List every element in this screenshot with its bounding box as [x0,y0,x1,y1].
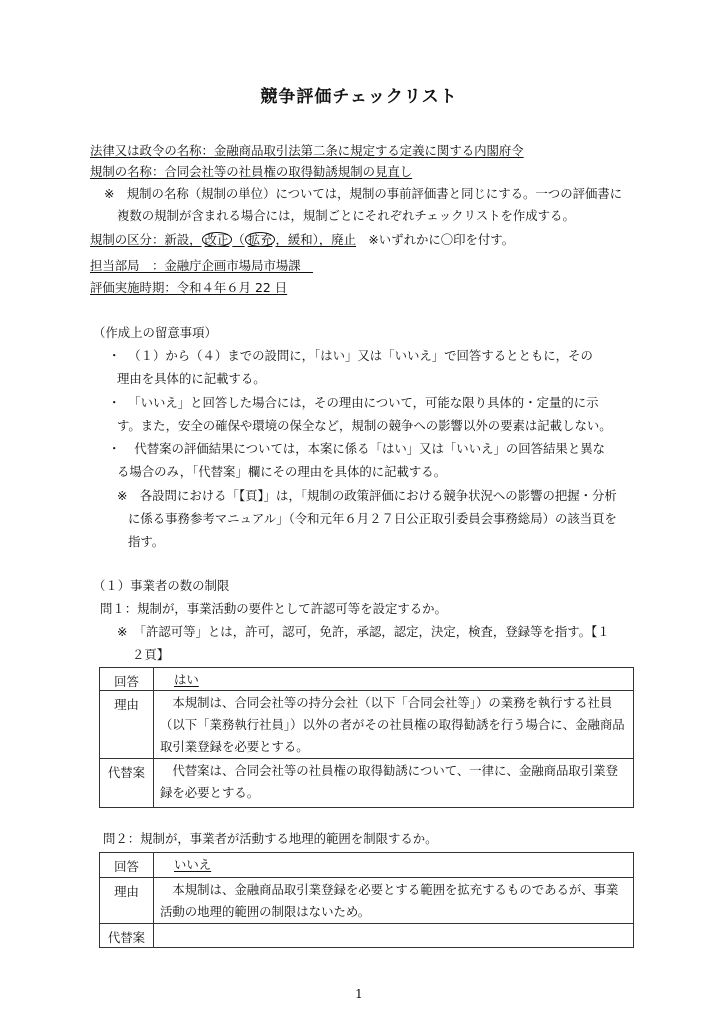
department: 担当部局 ：金融庁企画市場局市場課 [90,258,313,274]
regulation-name-note-line1: ※ 規制の名称（規制の単位）については，規制の事前評価書と同じにする。一つの評価… [104,186,622,202]
page-title: 競争評価チェックリスト [0,82,718,107]
q2-alternative-value [154,924,634,948]
category-circled-expansion: 拡充 [245,232,276,247]
q1-answer-row: 回答 はい [100,668,634,691]
evaluation-date: 評価実施時期：令和４年６月 22 日 [90,280,287,296]
note-1-line2: 理由を具体的に記載する。 [117,371,266,387]
q1-alternative-row: 代替案 代替案は、合同会社等の社員権の取得勧誘について、一律に、金融商品取引業登… [100,759,634,808]
q1-reason-value: 本規制は、合同会社等の持分会社（以下「合同会社等」）の業務を執行する社員（以下「… [154,691,634,759]
q1-reason-label: 理由 [100,691,154,759]
law-name: 法律又は政令の名称：金融商品取引法第二条に規定する定義に関する内閣府令 [90,143,524,159]
q2-answer-table: 回答 いいえ 理由 本規制は、金融商品取引業登録を必要とする範囲を拡充するもので… [99,852,634,948]
q2-alternative-row: 代替案 [100,924,634,948]
q2-answer-row: 回答 いいえ [100,853,634,878]
q2-answer-value: いいえ [174,857,211,872]
q1-note-line1: ※ 「許認可等」とは，許可，認可，免許，承認，認定，決定，検査，登録等を指す。【… [117,624,610,640]
notes-heading: （作成上の留意事項） [93,325,217,341]
section1-heading: （１）事業者の数の制限 [93,578,229,594]
reference-note-line3: 指す。 [128,534,164,550]
note-1-line1: （１）から（４）までの設問に，「はい」又は「いいえ」で回答するとともに，その [122,348,593,364]
q1-reason-row: 理由 本規制は、合同会社等の持分会社（以下「合同会社等」）の業務を執行する社員（… [100,691,634,759]
regulation-name: 規制の名称：合同会社等の社員権の取得勧誘規制の見直し [90,164,412,180]
page-number: 1 [0,987,718,1001]
q1-answer-table: 回答 はい 理由 本規制は、合同会社等の持分会社（以下「合同会社等」）の業務を執… [99,667,634,808]
q1-question: 問１：規制が，事業活動の要件として許認可等を設定するか。 [100,601,447,617]
q1-answer-value: はい [174,672,199,687]
reference-note-line1: ※ 各設問における「【頁】」は，「規制の政策評価における競争状況への影響の把握・… [117,488,617,504]
category-circled-revision: 改正 [202,232,233,247]
category-paren: （ [232,232,244,247]
q2-reason-value: 本規制は、金融商品取引業登録を必要とする範囲を拡充するものであるが、事業活動の地… [154,878,634,924]
q2-question: 問２：規制が，事業者が活動する地理的範囲を制限するか。 [103,831,438,847]
q2-answer-label: 回答 [100,853,154,878]
note-3-line2: る場合のみ，「代替案」欄にその理由を具体的に記載する。 [117,464,446,480]
q1-note-line2: ２頁】 [132,647,169,663]
note-2-line2: す。また，安全の確保や環境の保全など，規制の競争への影響以外の要素は記載しない。 [117,418,612,434]
note-bullet-3: ・ [108,441,120,457]
note-bullet-1: ・ [108,348,120,364]
category-note: ※いずれかに〇印を付す。 [356,232,514,247]
q2-reason-label: 理由 [100,878,154,924]
note-2-line1: 「いいえ」と回答した場合には，その理由について，可能な限り具体的・定量的に示 [122,395,599,411]
reference-note-line2: に係る事務参考マニュアル」（令和元年６月２７日公正取引委員会事務総局）の該当頁を [128,511,617,527]
q1-answer-label: 回答 [100,668,154,691]
q1-alternative-label: 代替案 [100,759,154,808]
q2-reason-row: 理由 本規制は、金融商品取引業登録を必要とする範囲を拡充するものであるが、事業活… [100,878,634,924]
note-3-line1: 代替案の評価結果については，本案に係る「はい」又は「いいえ」の回答結果と異な [122,441,605,457]
q1-alternative-value: 代替案は、合同会社等の社員権の取得勧誘について、一律に、金融商品取引業登録を必要… [154,759,634,808]
regulation-name-note-line2: 複数の規制が含まれる場合には，規制ごとにそれぞれチェックリストを作成する。 [117,208,575,224]
document-page: 競争評価チェックリスト 法律又は政令の名称：金融商品取引法第二条に規定する定義に… [0,0,718,1024]
q2-alternative-label: 代替案 [100,924,154,948]
category-rest: ，緩和），廃止 [275,232,356,247]
regulation-category: 規制の区分：新設，改正（拡充，緩和），廃止 ※いずれかに〇印を付す。 [90,232,514,248]
note-bullet-2: ・ [108,395,120,411]
category-label: 規制の区分：新設， [90,232,202,247]
